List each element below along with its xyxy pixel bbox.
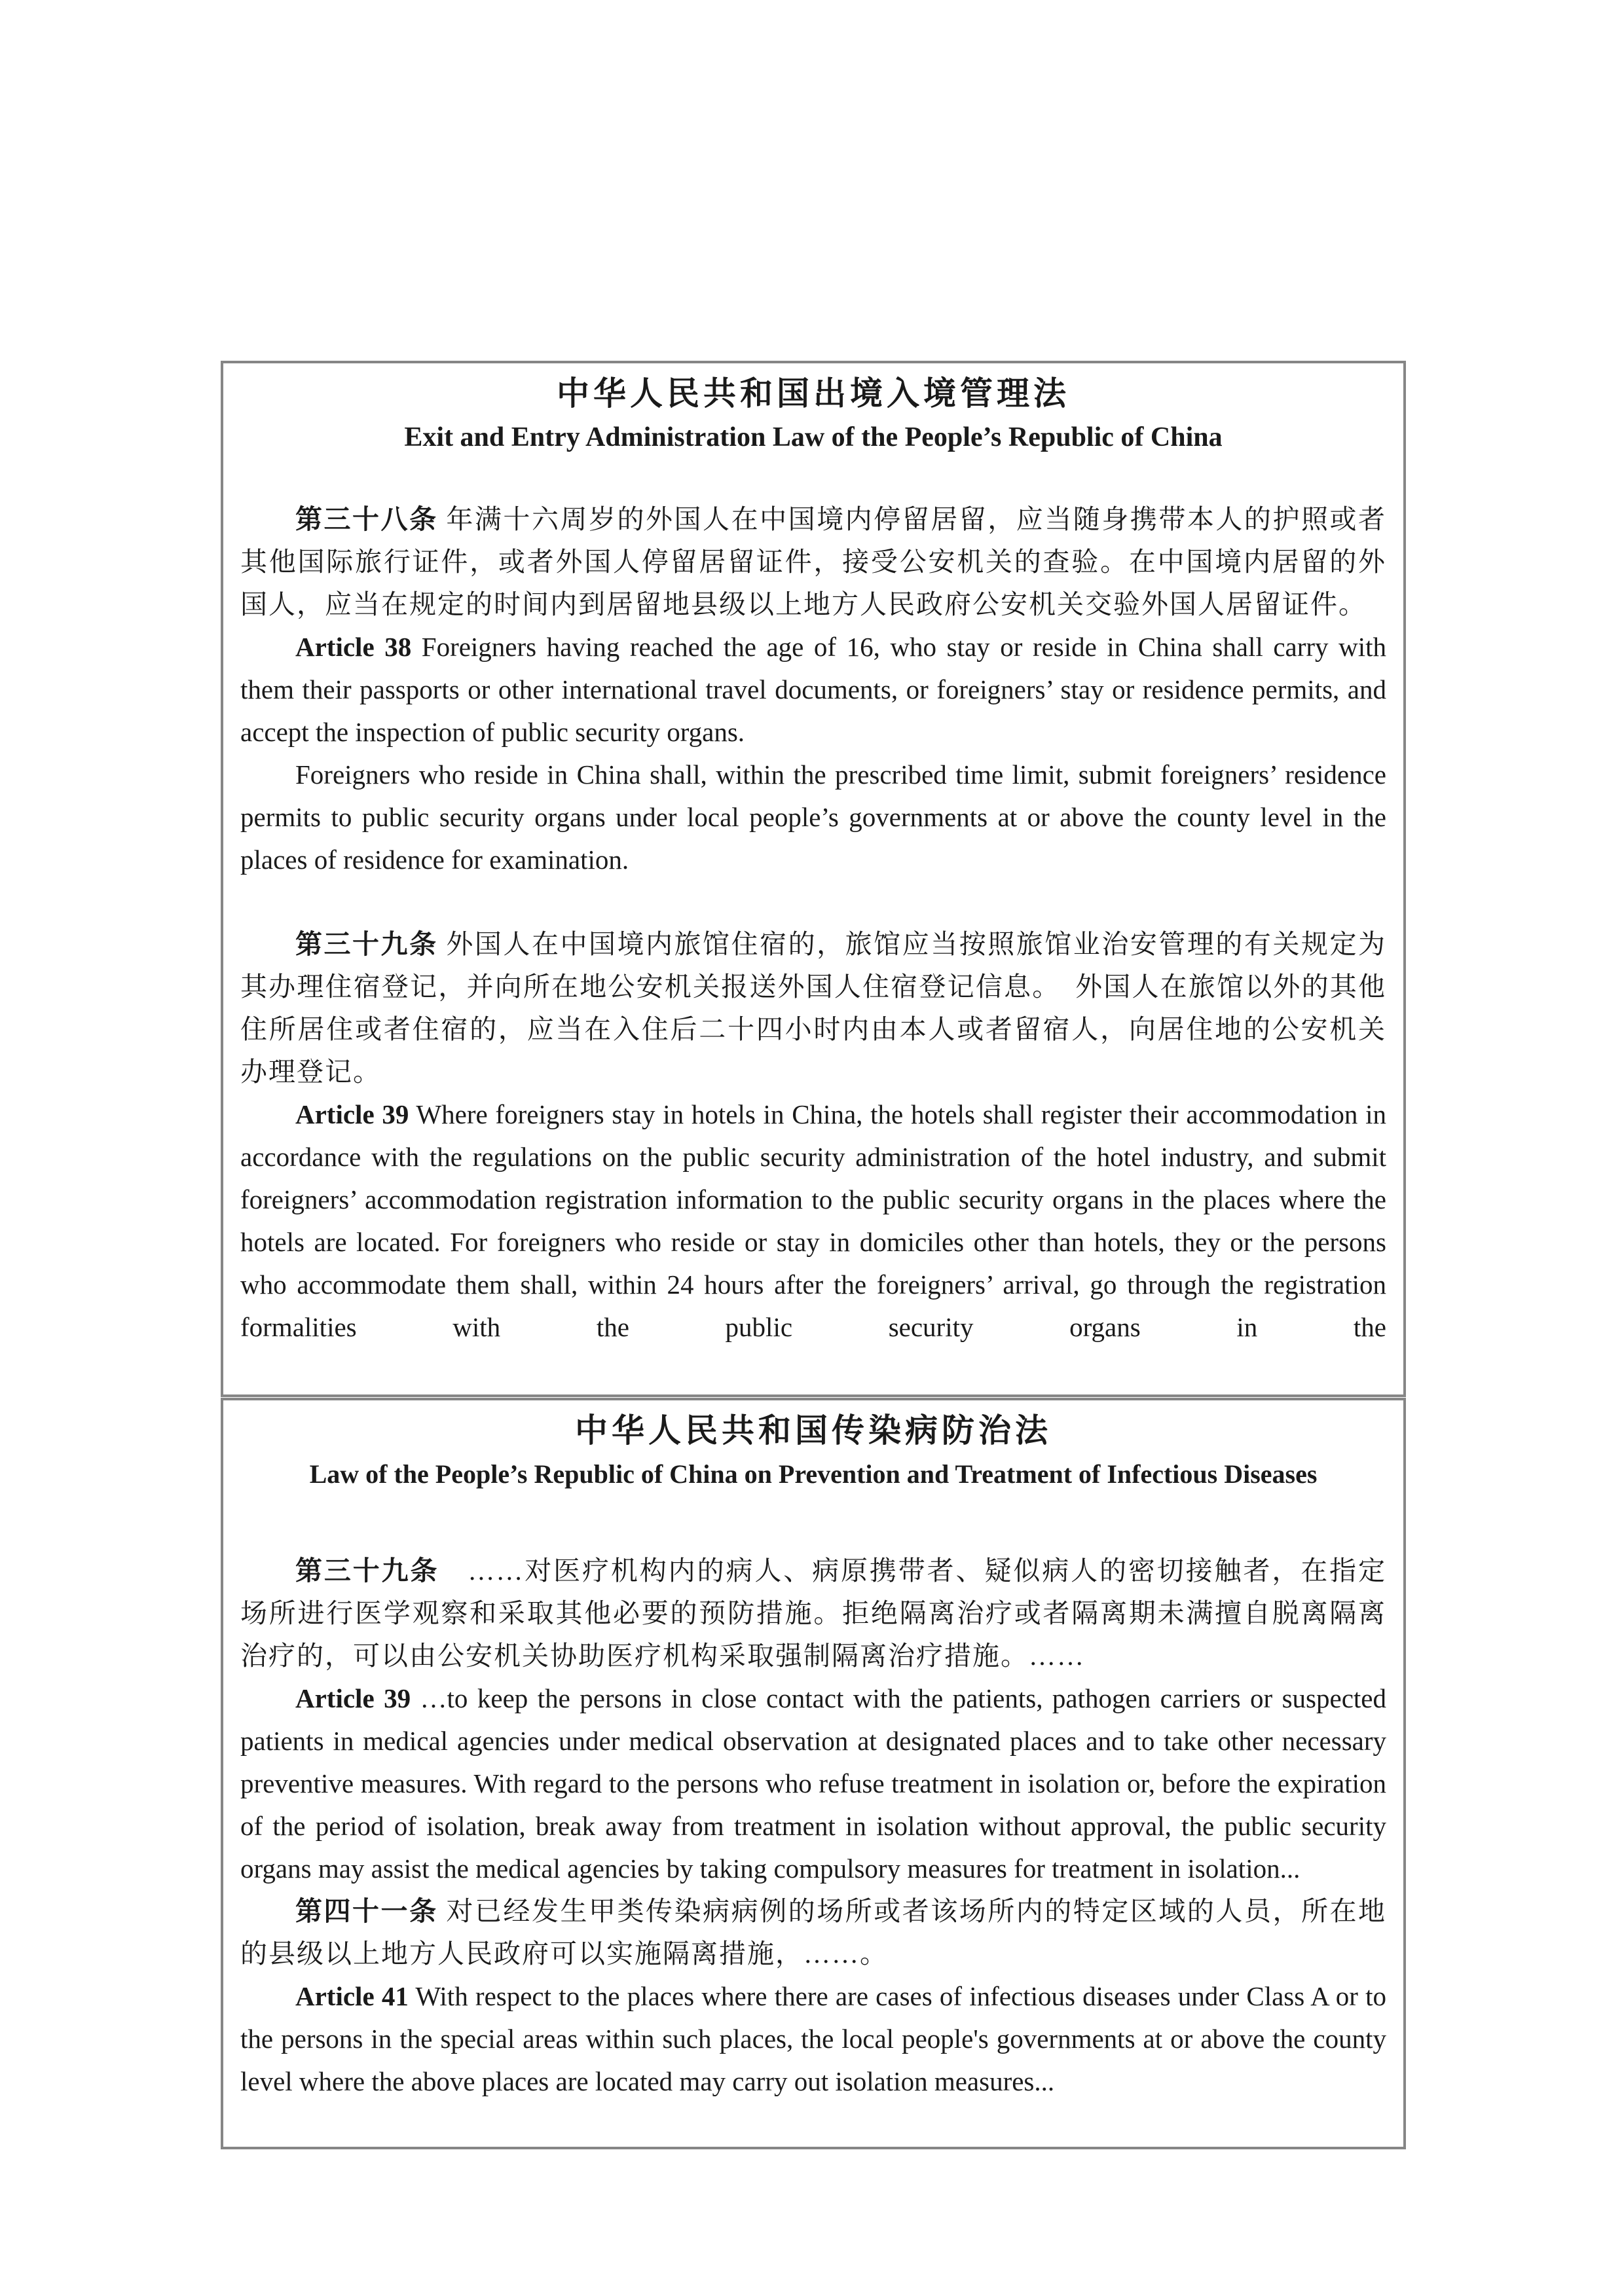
law-title-zh: 中华人民共和国出境入境管理法 xyxy=(240,373,1386,414)
law-paragraph: 第四十一条 对已经发生甲类传染病病例的场所或者该场所内的特定区域的人员，所在地的… xyxy=(240,1890,1386,1975)
law-box-infectious-diseases: 中华人民共和国传染病防治法 Law of the People’s Republ… xyxy=(221,1398,1406,2149)
article-number-label: 第四十一条 xyxy=(295,1895,438,1927)
article-number-label: Article 41 xyxy=(295,1981,409,2011)
law-title-zh: 中华人民共和国传染病防治法 xyxy=(240,1410,1386,1451)
law-title-en: Law of the People’s Republic of China on… xyxy=(240,1455,1386,1493)
law-paragraph: 第三十九条 ……对医疗机构内的病人、病原携带者、疑似病人的密切接触者，在指定场所… xyxy=(240,1550,1386,1677)
law-paragraph: 第三十八条 年满十六周岁的外国人在中国境内停留居留，应当随身携带本人的护照或者其… xyxy=(240,498,1386,626)
article-number-label: 第三十八条 xyxy=(295,503,438,535)
law-title-en: Exit and Entry Administration Law of the… xyxy=(240,418,1386,456)
paragraph-text: Where foreigners stay in hotels in China… xyxy=(240,1099,1386,1342)
article-number-label: 第三十九条 xyxy=(295,928,438,960)
article-number-label: Article 39 xyxy=(295,1099,409,1129)
law-paragraph: Article 39 Where foreigners stay in hote… xyxy=(240,1093,1386,1349)
article-number-label: Article 39 xyxy=(295,1683,411,1713)
law-paragraph: Article 39 …to keep the persons in close… xyxy=(240,1677,1386,1890)
law-paragraph: 第三十九条 外国人在中国境内旅馆住宿的，旅馆应当按照旅馆业治安管理的有关规定为其… xyxy=(240,923,1386,1093)
paragraph-text: …to keep the persons in close contact wi… xyxy=(240,1683,1386,1884)
law-paragraph: Article 38 Foreigners having reached the… xyxy=(240,626,1386,754)
paragraph-text: Foreigners having reached the age of 16,… xyxy=(240,632,1386,747)
law-paragraph: Article 41 With respect to the places wh… xyxy=(240,1975,1386,2103)
document-page: 中华人民共和国出境入境管理法 Exit and Entry Administra… xyxy=(0,0,1624,2296)
paragraph-text: Foreigners who reside in China shall, wi… xyxy=(240,759,1386,875)
paragraph-text: With respect to the places where there a… xyxy=(240,1981,1386,2096)
law-box-exit-entry: 中华人民共和国出境入境管理法 Exit and Entry Administra… xyxy=(221,361,1406,1397)
law-paragraph: Foreigners who reside in China shall, wi… xyxy=(240,754,1386,881)
article-number-label: Article 38 xyxy=(295,632,411,662)
article-number-label: 第三十九条 xyxy=(295,1555,439,1586)
